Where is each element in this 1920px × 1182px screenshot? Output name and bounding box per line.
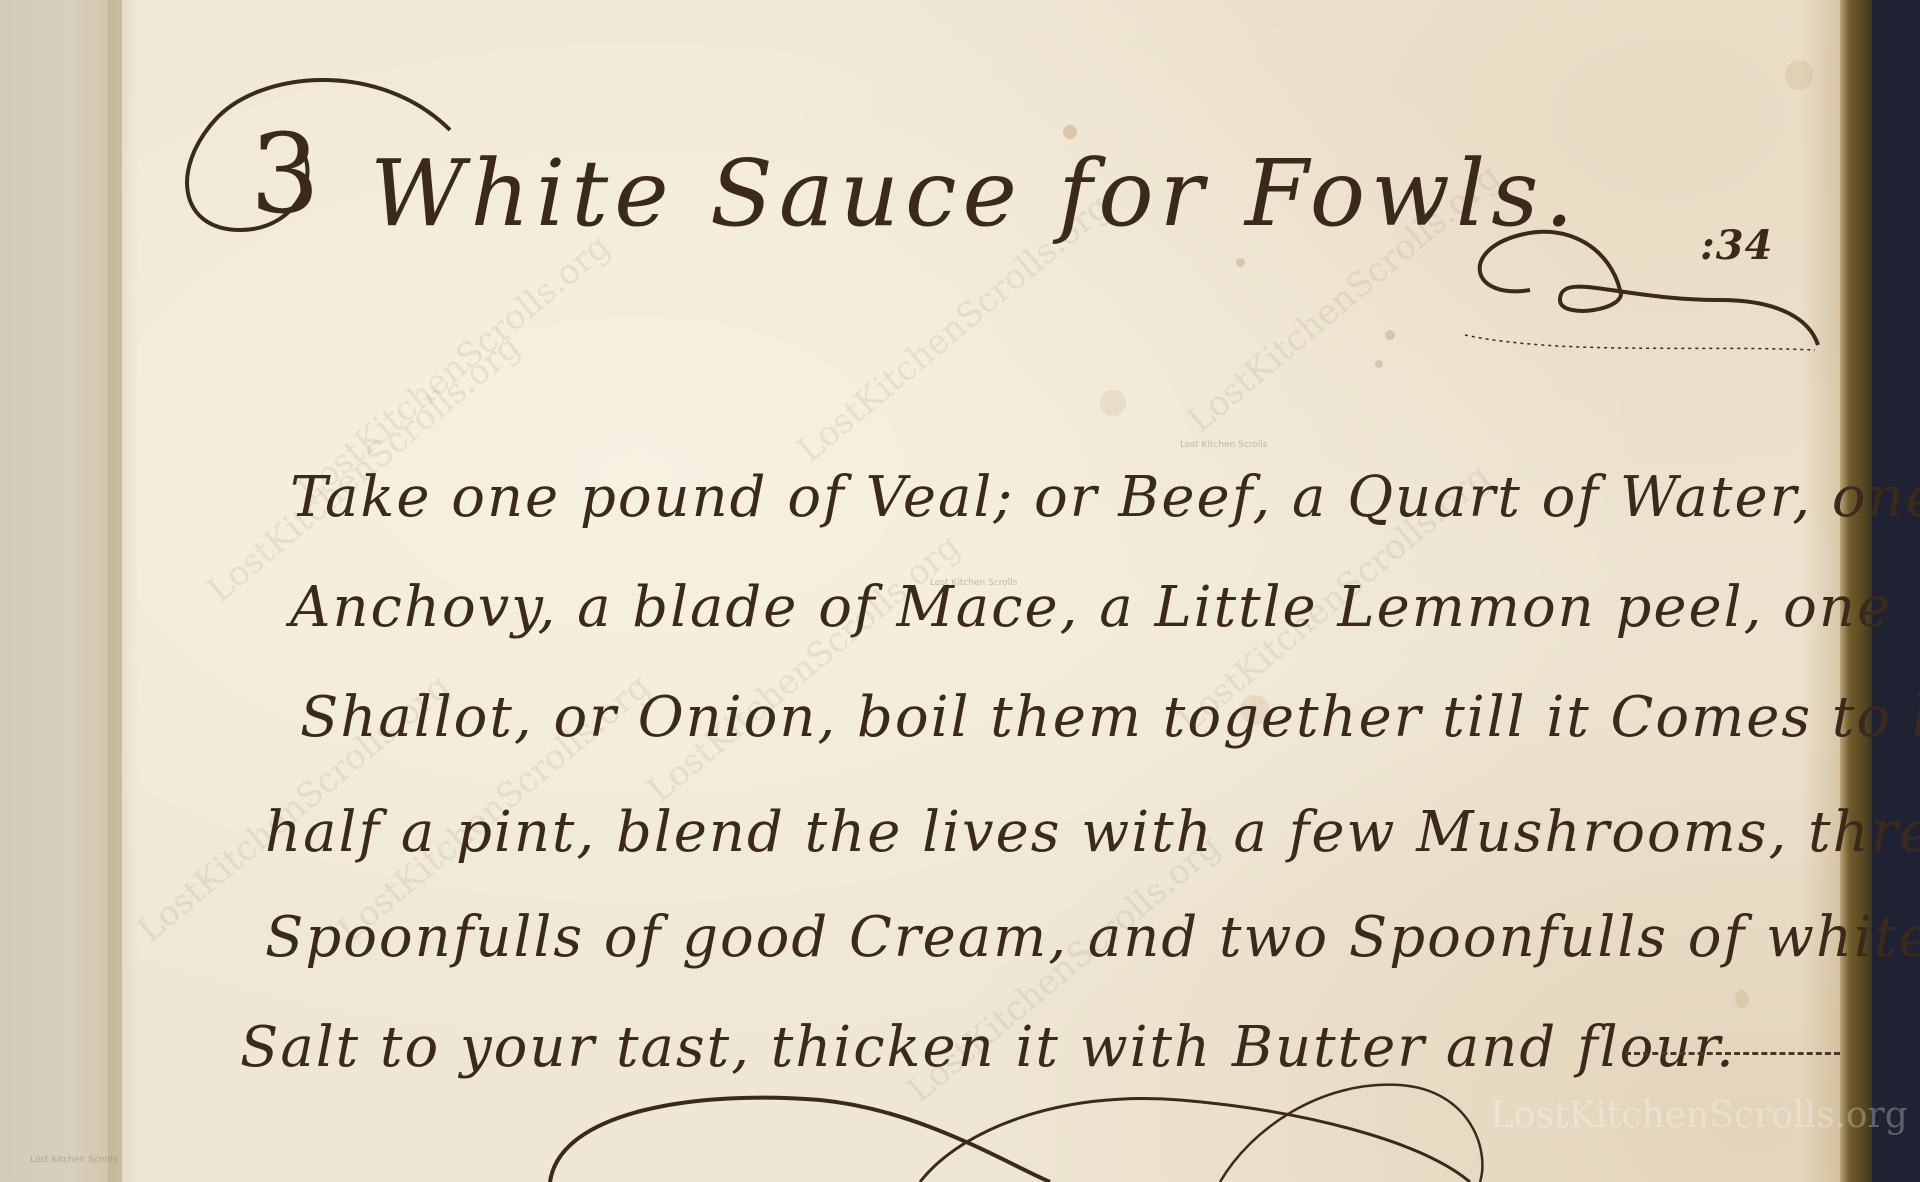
gutter-shadow — [108, 0, 138, 1182]
recipe-line: Salt to your tast, thicken it with Butte… — [240, 1015, 1736, 1080]
facing-page — [0, 0, 122, 1182]
stain — [1735, 990, 1749, 1008]
recipe-line: Take one pound of Veal; or Beef, a Quart… — [290, 465, 1920, 530]
watermark-logo: Lost Kitchen Scrolls — [30, 1155, 118, 1165]
manuscript-scan: LostKitchenScrolls.org LostKitchenScroll… — [0, 0, 1920, 1182]
recipe-line: Anchovy, a blade of Mace, a Little Lemmo… — [290, 575, 1892, 640]
recipe-line: half a pint, blend the lives with a few … — [265, 800, 1920, 865]
recipe-line: Spoonfulls of good Cream, and two Spoonf… — [265, 905, 1920, 970]
line-end-dash-leader — [1625, 1052, 1840, 1055]
page-number: :34 — [1700, 222, 1773, 269]
stain — [1785, 60, 1813, 90]
stain — [1236, 258, 1245, 267]
stain — [1385, 330, 1395, 340]
footer-watermark: LostKitchenScrolls.org — [1490, 1095, 1908, 1136]
stain — [1100, 390, 1126, 416]
recipe-title: White Sauce for Fowls. — [370, 140, 1580, 247]
recipe-number: 3 — [250, 110, 321, 238]
watermark-logo: Lost Kitchen Scrolls — [1180, 440, 1268, 450]
stain — [1063, 125, 1077, 139]
recipe-line: Shallot, or Onion, boil them together ti… — [300, 685, 1920, 750]
stain — [1375, 360, 1383, 368]
